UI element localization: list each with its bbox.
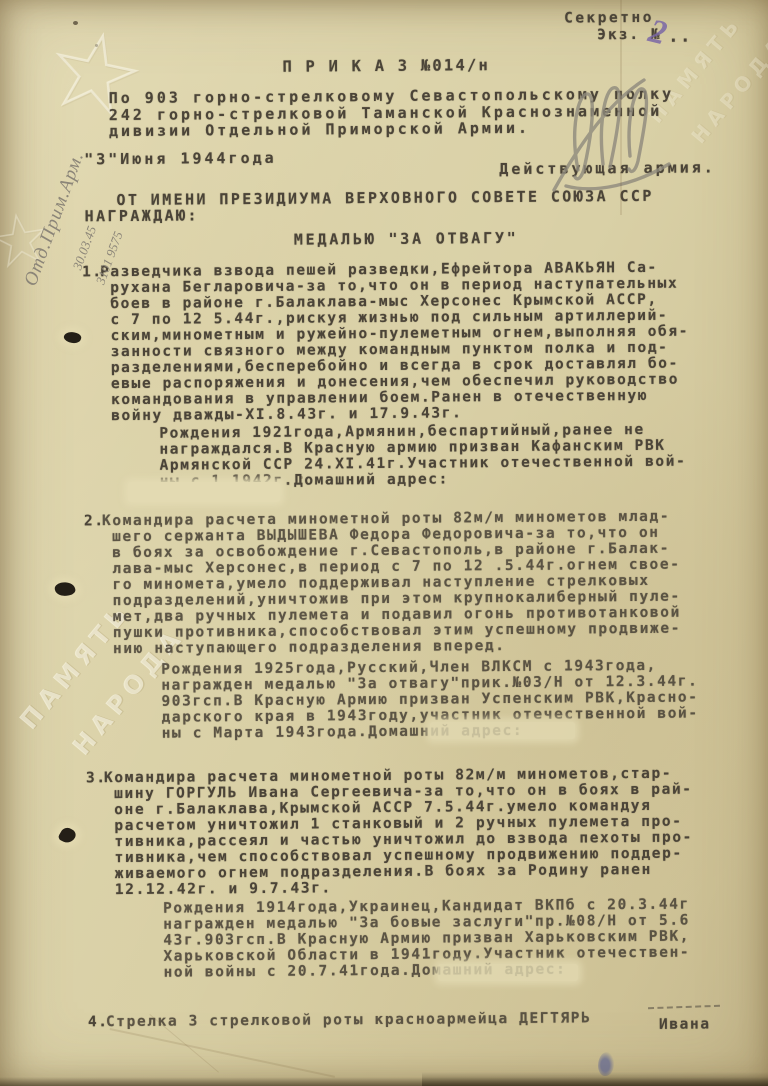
paper-speck: [95, 44, 98, 47]
award-preface-line2: НАГРАЖДАЮ:: [85, 207, 199, 224]
medal-heading: МЕДАЛЬЮ "ЗА ОТВАГУ": [294, 230, 519, 248]
redaction-patch: [430, 722, 575, 739]
scan-edge: [422, 1072, 768, 1086]
signature-scrawl: [548, 74, 676, 194]
paper-speck: [73, 21, 78, 25]
order-date: "3"Июня 1944года: [84, 150, 277, 168]
paper-speck: [300, 476, 303, 479]
order-title: П Р И К А З №014/н: [282, 57, 490, 75]
entry-2-body: Командира расчета минометной роты 82м/м …: [112, 508, 738, 657]
redaction-patch: [438, 964, 578, 981]
entry-3-body: Командира расчета минометной роты 82м/м …: [114, 765, 740, 898]
page: ПАМЯТЬ НАРОДА ПАМЯТЬ НАРОДА Секретно Экз…: [0, 0, 768, 1086]
redaction-patch: [128, 482, 280, 502]
entry-1-body: Разведчика взвода пешей разведки,Ефрейто…: [110, 259, 736, 424]
entry-4-body: Стрелка 3 стрелковой роты красноармейца …: [116, 1009, 741, 1030]
entry-1-bio: Рождения 1921года,Армянин,беспартийный,р…: [159, 421, 719, 489]
copy-dots: ..: [668, 29, 692, 45]
entry-4-name-suffix: Ивана: [659, 1016, 711, 1032]
paper-crease: [620, 0, 622, 215]
secret-label: Секретно: [564, 10, 654, 27]
